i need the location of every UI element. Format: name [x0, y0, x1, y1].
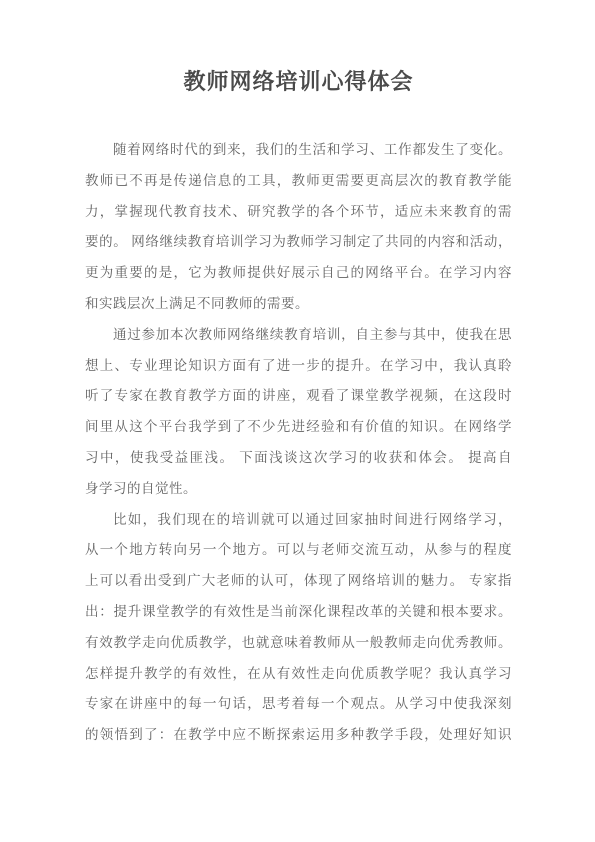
text-line: 听了专家在教育教学方面的讲座，观看了课堂教学视频，在这段时: [85, 381, 512, 412]
text-line: 和实践层次上满足不同教师的需要。: [85, 289, 512, 320]
document-body: 随着网络时代的到来，我们的生活和学习、工作都发生了变化。教师已不再是传递信息的工…: [85, 135, 512, 751]
text-line: 的领悟到了：在教学中应不断探索运用多种教学手段，处理好知识: [85, 720, 512, 751]
document-title: 教师网络培训心得体会: [85, 66, 512, 98]
text-line: 从一个地方转向另一个地方。可以与老师交流互动，从参与的程度: [85, 535, 512, 566]
text-line: 怎样提升教学的有效性，在从有效性走向优质教学呢？我认真学习: [85, 659, 512, 690]
paragraph: 通过参加本次教师网络继续教育培训，自主参与其中，使我在思想上、专业理论知识方面有…: [85, 320, 512, 505]
text-line: 习中，使我受益匪浅。 下面浅谈这次学习的收获和体会。 提高自: [85, 443, 512, 474]
text-line: 教师已不再是传递信息的工具，教师更需要更高层次的教育教学能: [85, 166, 512, 197]
paragraph: 比如，我们现在的培训就可以通过回家抽时间进行网络学习，从一个地方转向另一个地方。…: [85, 505, 512, 751]
text-line: 更为重要的是，它为教师提供好展示自己的网络平台。在学习内容: [85, 258, 512, 289]
text-line: 要的。 网络继续教育培训学习为教师学习制定了共同的内容和活动，: [85, 227, 512, 258]
text-line: 有效教学走向优质教学，也就意味着教师从一般教师走向优秀教师。: [85, 628, 512, 659]
text-line: 出：提升课堂教学的有效性是当前深化课程改革的关键和根本要求。: [85, 597, 512, 628]
text-line: 比如，我们现在的培训就可以通过回家抽时间进行网络学习，: [85, 505, 512, 536]
text-line: 专家在讲座中的每一句话，思考着每一个观点。从学习中使我深刻: [85, 689, 512, 720]
text-line: 力，掌握现代教育技术、研究教学的各个环节，适应未来教育的需: [85, 197, 512, 228]
text-line: 通过参加本次教师网络继续教育培训，自主参与其中，使我在思: [85, 320, 512, 351]
document-page: 教师网络培训心得体会 随着网络时代的到来，我们的生活和学习、工作都发生了变化。教…: [0, 0, 595, 842]
text-line: 随着网络时代的到来，我们的生活和学习、工作都发生了变化。: [85, 135, 512, 166]
text-line: 上可以看出受到广大老师的认可，体现了网络培训的魅力。 专家指: [85, 566, 512, 597]
text-line: 想上、专业理论知识方面有了进一步的提升。在学习中，我认真聆: [85, 351, 512, 382]
text-line: 间里从这个平台我学到了不少先进经验和有价值的知识。在网络学: [85, 412, 512, 443]
text-line: 身学习的自觉性。: [85, 474, 512, 505]
paragraph: 随着网络时代的到来，我们的生活和学习、工作都发生了变化。教师已不再是传递信息的工…: [85, 135, 512, 320]
